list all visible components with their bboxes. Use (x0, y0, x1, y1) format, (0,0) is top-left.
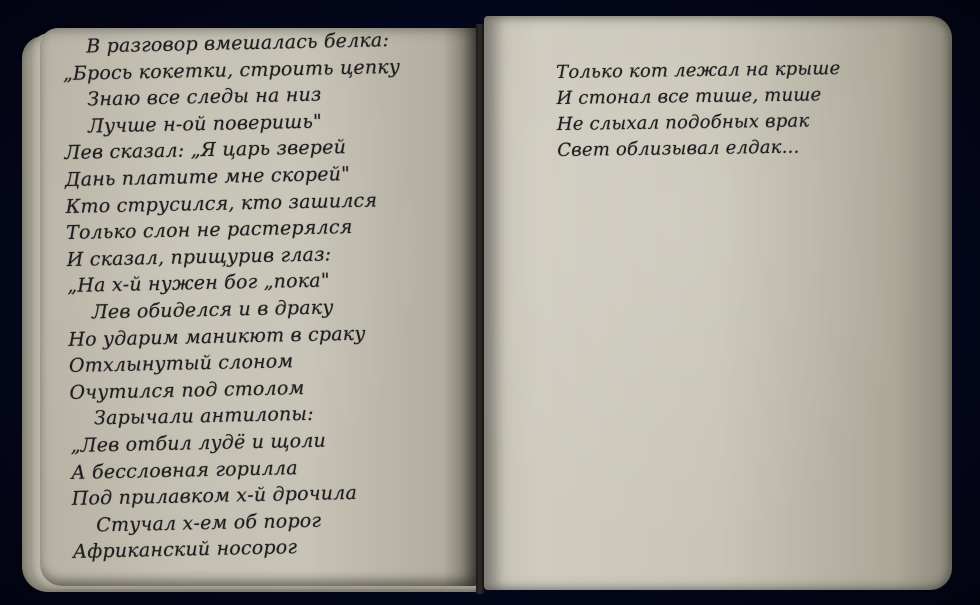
handwritten-line: Свет облизывал елдак... (557, 133, 937, 164)
notebook-spine (476, 24, 484, 594)
ink-bleed-through (571, 173, 937, 543)
left-page: В разговор вмешалась белка: „Брось кокет… (40, 28, 478, 586)
right-page: Только кот лежал на крыше И стонал все т… (484, 16, 952, 590)
open-notebook: В разговор вмешалась белка: „Брось кокет… (0, 0, 980, 605)
left-page-text: В разговор вмешалась белка: „Брось кокет… (62, 25, 483, 565)
right-page-text: Только кот лежал на крыше И стонал все т… (556, 55, 937, 164)
